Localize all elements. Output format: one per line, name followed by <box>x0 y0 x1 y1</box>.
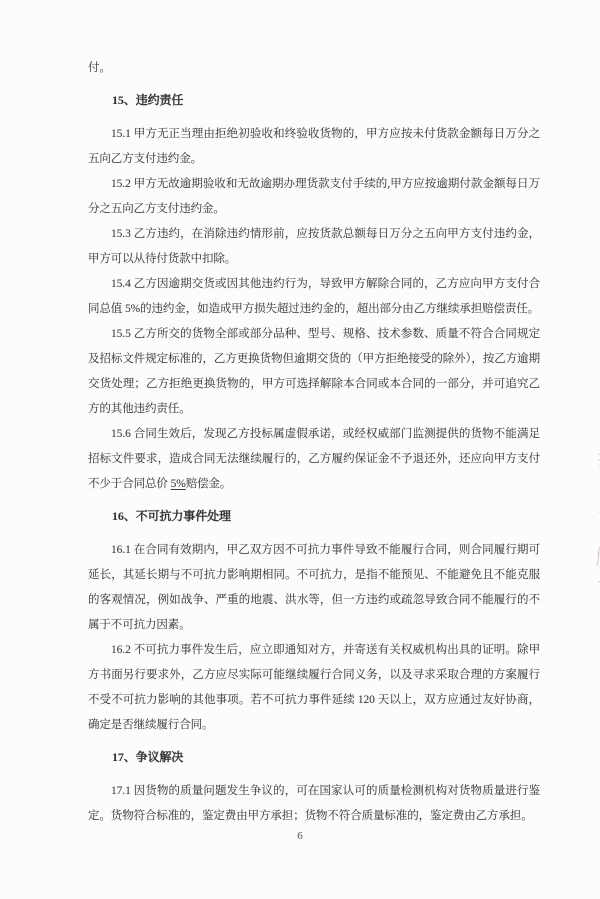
section-16-heading: 16、不可抗力事件处理 <box>88 504 540 529</box>
clause-15-5: 15.5 乙方所交的货物全部或部分品种、型号、规格、技术参数、质量不符合合同规定… <box>88 322 540 422</box>
clause-15-6-tail: 赔偿金。 <box>186 478 232 490</box>
clause-15-6: 15.6 合同生效后，发现乙方投标属虚假承诺，或经权威部门监测提供的货物不能满足… <box>88 422 540 497</box>
page-number: 6 <box>0 830 600 842</box>
section-15-heading: 15、违约责任 <box>88 88 540 113</box>
document-page: 付。 15、违约责任 15.1 甲方无正当理由拒绝初验收和终验收货物的，甲方应按… <box>0 0 600 899</box>
contract-body: 付。 15、违约责任 15.1 甲方无正当理由拒绝初验收和终验收货物的，甲方应按… <box>0 0 600 829</box>
clause-15-3: 15.3 乙方违约，在消除违约情形前，应按货款总额每日万分之五向甲方支付违约金，… <box>88 222 540 272</box>
clause-16-1: 16.1 在合同有效期内，甲乙双方因不可抗力事件导致不能履行合同，则合同履行期可… <box>88 538 540 638</box>
clause-15-2: 15.2 甲方无故逾期验收和无故逾期办理货款支付手续的,甲方应按逾期付款金额每日… <box>88 172 540 222</box>
clause-17-1: 17.1 因货物的质量问题发生争议的，可在国家认可的质量检测机构对货物质量进行鉴… <box>88 779 540 829</box>
section-17-heading: 17、争议解决 <box>88 745 540 770</box>
clause-15-6-underlined-value: 5% <box>171 478 186 490</box>
clause-16-2: 16.2 不可抗力事件发生后，应立即通知对方，并寄送有关权威机构出具的证明。除甲… <box>88 638 540 738</box>
paragraph-continuation: 付。 <box>88 56 540 81</box>
clause-15-4: 15.4 乙方因逾期交货或因其他违约行为，导致甲方解除合同的，乙方应向甲方支付合… <box>88 272 540 322</box>
clause-15-6-text: 15.6 合同生效后，发现乙方投标属虚假承诺，或经权威部门监测提供的货物不能满足… <box>88 428 540 490</box>
scan-edge-artifact <box>591 450 600 595</box>
clause-15-1: 15.1 甲方无正当理由拒绝初验收和终验收货物的，甲方应按未付货款金额每日万分之… <box>88 122 540 172</box>
